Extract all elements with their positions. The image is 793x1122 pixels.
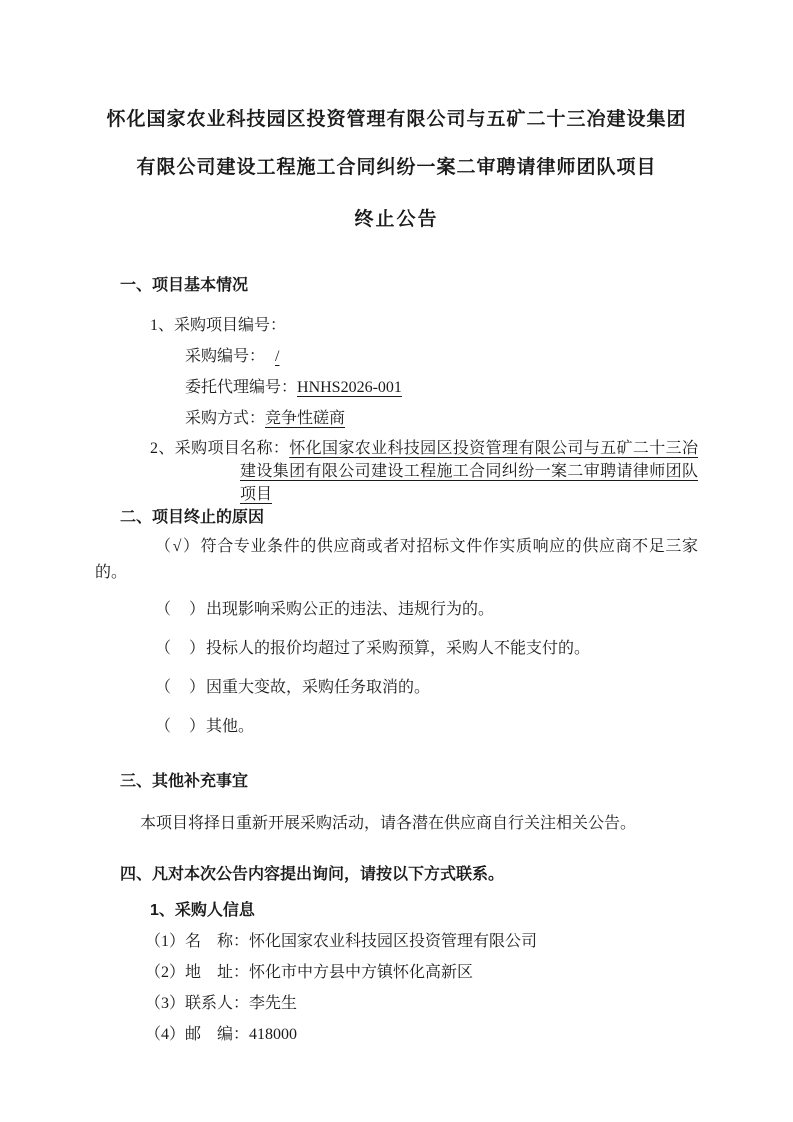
field-label-purchase-method: 采购方式： <box>185 410 265 427</box>
contact-label-address: （2）地 址： <box>145 964 249 981</box>
section-supplement-heading: 三、其他补充事宜 <box>95 770 698 794</box>
item-project-name-label: 2、采购项目名称： <box>150 440 289 457</box>
item-project-name-value: 怀化国家农业科技园区投资管理有限公司与五矿二十三冶建设集团有限公司建设工程施工合… <box>240 440 698 503</box>
reason-text: 其他。 <box>206 718 254 735</box>
document-title-line-2: 有限公司建设工程施工合同纠纷一案二审聘请律师团队项目 <box>95 144 698 192</box>
field-value-purchase-method: 竞争性磋商 <box>265 410 345 427</box>
contact-value-postcode: 418000 <box>249 1026 297 1043</box>
document-subtitle: 终止公告 <box>95 204 698 236</box>
contact-label-person: （3）联系人： <box>145 995 249 1012</box>
section-reason-heading: 二、项目终止的原因 <box>95 506 698 530</box>
field-label-purchase-number: 采购编号： <box>185 348 265 365</box>
field-label-agency-number: 委托代理编号： <box>185 379 297 396</box>
checkbox-empty-mark: （ ） <box>155 679 206 696</box>
contact-label-name: （1）名 称： <box>145 933 249 950</box>
field-row-purchase-number: 采购编号：/ <box>95 341 698 372</box>
checkbox-empty-mark: （ ） <box>155 718 206 735</box>
document-page: 怀化国家农业科技园区投资管理有限公司与五矿二十三冶建设集团 有限公司建设工程施工… <box>0 0 793 1122</box>
reason-row-over-budget: （ ）投标人的报价均超过了采购预算，采购人不能支付的。 <box>95 633 698 664</box>
checkbox-empty-mark: （ ） <box>155 640 206 657</box>
supplement-body-text: 本项目将择日重新开展采购活动，请各潜在供应商自行关注相关公告。 <box>95 808 698 839</box>
section-contact-heading: 四、凡对本次公告内容提出询问，请按以下方式联系。 <box>95 863 698 887</box>
reason-text: 投标人的报价均超过了采购预算，采购人不能支付的。 <box>206 640 590 657</box>
contact-value-name: 怀化国家农业科技园区投资管理有限公司 <box>249 933 537 950</box>
contact-label-postcode: （4）邮 编： <box>145 1026 249 1043</box>
reason-row-major-change: （ ）因重大变故，采购任务取消的。 <box>95 672 698 703</box>
item-project-name: 2、采购项目名称：怀化国家农业科技园区投资管理有限公司与五矿二十三冶建设集团有限… <box>95 437 698 506</box>
contact-row-person: （3）联系人：李先生 <box>95 988 698 1019</box>
contact-value-person: 李先生 <box>249 995 297 1012</box>
document-title-line-1: 怀化国家农业科技园区投资管理有限公司与五矿二十三冶建设集团 <box>95 96 698 144</box>
checkbox-checked-mark: （√） <box>155 538 201 555</box>
section-basic-heading: 一、项目基本情况 <box>95 274 698 298</box>
contact-row-name: （1）名 称：怀化国家农业科技园区投资管理有限公司 <box>95 926 698 957</box>
contact-row-address: （2）地 址：怀化市中方县中方镇怀化高新区 <box>95 957 698 988</box>
contact-value-address: 怀化市中方县中方镇怀化高新区 <box>249 964 473 981</box>
reason-text: 出现影响采购公正的违法、违规行为的。 <box>206 601 494 618</box>
field-value-agency-number: HNHS2026-001 <box>297 379 402 396</box>
checkbox-empty-mark: （ ） <box>155 601 206 618</box>
field-row-agency-number: 委托代理编号：HNHS2026-001 <box>95 372 698 403</box>
item-project-number-label: 1、采购项目编号： <box>95 310 698 341</box>
reason-text: 因重大变故，采购任务取消的。 <box>206 679 430 696</box>
field-row-purchase-method: 采购方式：竞争性磋商 <box>95 403 698 434</box>
field-value-purchase-number: / <box>265 348 289 365</box>
reason-row-other: （ ）其他。 <box>95 711 698 742</box>
reason-row-insufficient-suppliers: （√）符合专业条件的供应商或者对招标文件作实质响应的供应商不足三家的。 <box>95 534 698 586</box>
contact-row-postcode: （4）邮 编：418000 <box>95 1019 698 1050</box>
purchaser-info-subheading: 1、采购人信息 <box>95 895 698 926</box>
reason-row-illegal-conduct: （ ）出现影响采购公正的违法、违规行为的。 <box>95 594 698 625</box>
